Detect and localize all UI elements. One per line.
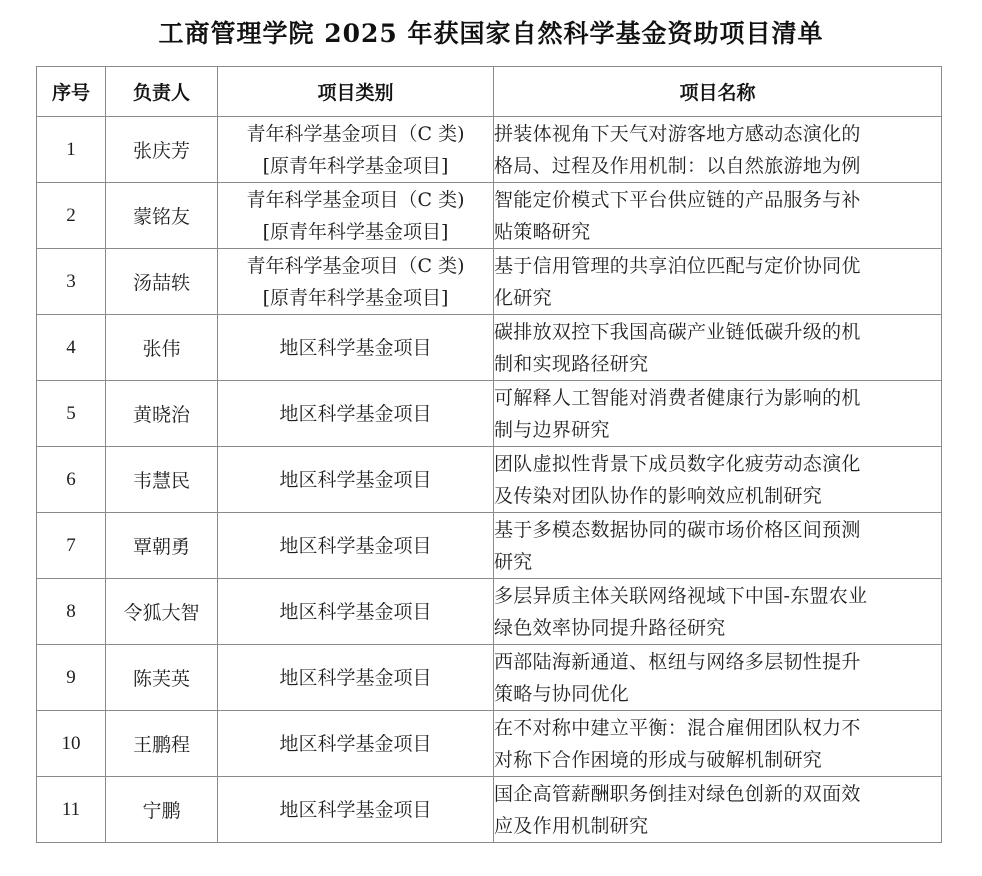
cell-no: 10 <box>37 711 106 777</box>
cell-leader: 陈芙英 <box>106 645 218 711</box>
cell-title: 基于信用管理的共享泊位匹配与定价协同优化研究 <box>494 249 942 315</box>
title-line: 基于信用管理的共享泊位匹配与定价协同优 <box>494 250 941 282</box>
cell-no: 3 <box>37 249 106 315</box>
table-row: 3 汤喆轶 青年科学基金项目（C 类)[原青年科学基金项目] 基于信用管理的共享… <box>37 249 942 315</box>
table-row: 10 王鹏程 地区科学基金项目 在不对称中建立平衡：混合雇佣团队权力不对称下合作… <box>37 711 942 777</box>
title-line: 贴策略研究 <box>494 216 941 248</box>
cell-leader: 令狐大智 <box>106 579 218 645</box>
category-line: [原青年科学基金项目] <box>218 150 493 182</box>
cell-no: 7 <box>37 513 106 579</box>
title-line: 可解释人工智能对消费者健康行为影响的机 <box>494 382 941 414</box>
cell-title: 西部陆海新通道、枢纽与网络多层韧性提升策略与协同优化 <box>494 645 942 711</box>
cell-category: 地区科学基金项目 <box>218 645 494 711</box>
cell-category: 地区科学基金项目 <box>218 579 494 645</box>
cell-no: 4 <box>37 315 106 381</box>
category-line: 青年科学基金项目（C 类) <box>218 250 493 282</box>
project-list-table: 序号 负责人 项目类别 项目名称 1 张庆芳 青年科学基金项目（C 类)[原青年… <box>36 66 942 843</box>
header-title: 项目名称 <box>494 67 942 117</box>
cell-title: 智能定价模式下平台供应链的产品服务与补贴策略研究 <box>494 183 942 249</box>
table-body: 1 张庆芳 青年科学基金项目（C 类)[原青年科学基金项目] 拼装体视角下天气对… <box>37 117 942 843</box>
cell-category: 地区科学基金项目 <box>218 513 494 579</box>
title-line: 策略与协同优化 <box>494 678 941 710</box>
cell-category: 青年科学基金项目（C 类)[原青年科学基金项目] <box>218 249 494 315</box>
title-line: 制与边界研究 <box>494 414 941 446</box>
category-line: [原青年科学基金项目] <box>218 282 493 314</box>
cell-title: 基于多模态数据协同的碳市场价格区间预测研究 <box>494 513 942 579</box>
title-line: 基于多模态数据协同的碳市场价格区间预测 <box>494 514 941 546</box>
table-row: 7 覃朝勇 地区科学基金项目 基于多模态数据协同的碳市场价格区间预测研究 <box>37 513 942 579</box>
title-line: 格局、过程及作用机制：以自然旅游地为例 <box>494 150 941 182</box>
cell-no: 8 <box>37 579 106 645</box>
table-header-row: 序号 负责人 项目类别 项目名称 <box>37 67 942 117</box>
category-line: [原青年科学基金项目] <box>218 216 493 248</box>
title-line: 应及作用机制研究 <box>494 810 941 842</box>
title-line: 团队虚拟性背景下成员数字化疲劳动态演化 <box>494 448 941 480</box>
title-line: 在不对称中建立平衡：混合雇佣团队权力不 <box>494 712 941 744</box>
cell-leader: 韦慧民 <box>106 447 218 513</box>
cell-title: 碳排放双控下我国高碳产业链低碳升级的机制和实现路径研究 <box>494 315 942 381</box>
cell-title: 拼装体视角下天气对游客地方感动态演化的格局、过程及作用机制：以自然旅游地为例 <box>494 117 942 183</box>
cell-leader: 宁鹏 <box>106 777 218 843</box>
cell-no: 11 <box>37 777 106 843</box>
cell-category: 地区科学基金项目 <box>218 315 494 381</box>
table-row: 9 陈芙英 地区科学基金项目 西部陆海新通道、枢纽与网络多层韧性提升策略与协同优… <box>37 645 942 711</box>
table-row: 8 令狐大智 地区科学基金项目 多层异质主体关联网络视域下中国-东盟农业绿色效率… <box>37 579 942 645</box>
table-row: 5 黄晓治 地区科学基金项目 可解释人工智能对消费者健康行为影响的机制与边界研究 <box>37 381 942 447</box>
cell-category: 地区科学基金项目 <box>218 447 494 513</box>
title-line: 对称下合作困境的形成与破解机制研究 <box>494 744 941 776</box>
cell-leader: 汤喆轶 <box>106 249 218 315</box>
header-no: 序号 <box>37 67 106 117</box>
cell-leader: 张庆芳 <box>106 117 218 183</box>
cell-no: 6 <box>37 447 106 513</box>
cell-no: 1 <box>37 117 106 183</box>
title-line: 制和实现路径研究 <box>494 348 941 380</box>
table-row: 6 韦慧民 地区科学基金项目 团队虚拟性背景下成员数字化疲劳动态演化及传染对团队… <box>37 447 942 513</box>
category-line: 青年科学基金项目（C 类) <box>218 118 493 150</box>
title-line: 及传染对团队协作的影响效应机制研究 <box>494 480 941 512</box>
title-line: 研究 <box>494 546 941 578</box>
cell-leader: 蒙铭友 <box>106 183 218 249</box>
cell-category: 地区科学基金项目 <box>218 381 494 447</box>
table-row: 11 宁鹏 地区科学基金项目 国企高管薪酬职务倒挂对绿色创新的双面效应及作用机制… <box>37 777 942 843</box>
category-line: 青年科学基金项目（C 类) <box>218 184 493 216</box>
cell-title: 可解释人工智能对消费者健康行为影响的机制与边界研究 <box>494 381 942 447</box>
table-row: 4 张伟 地区科学基金项目 碳排放双控下我国高碳产业链低碳升级的机制和实现路径研… <box>37 315 942 381</box>
cell-leader: 黄晓治 <box>106 381 218 447</box>
cell-no: 9 <box>37 645 106 711</box>
cell-category: 地区科学基金项目 <box>218 777 494 843</box>
title-line: 拼装体视角下天气对游客地方感动态演化的 <box>494 118 941 150</box>
cell-title: 团队虚拟性背景下成员数字化疲劳动态演化及传染对团队协作的影响效应机制研究 <box>494 447 942 513</box>
title-line: 西部陆海新通道、枢纽与网络多层韧性提升 <box>494 646 941 678</box>
title-line: 多层异质主体关联网络视域下中国-东盟农业 <box>494 580 941 612</box>
cell-no: 2 <box>37 183 106 249</box>
cell-category: 青年科学基金项目（C 类)[原青年科学基金项目] <box>218 183 494 249</box>
cell-leader: 王鹏程 <box>106 711 218 777</box>
title-line: 化研究 <box>494 282 941 314</box>
cell-no: 5 <box>37 381 106 447</box>
cell-title: 多层异质主体关联网络视域下中国-东盟农业绿色效率协同提升路径研究 <box>494 579 942 645</box>
cell-title: 在不对称中建立平衡：混合雇佣团队权力不对称下合作困境的形成与破解机制研究 <box>494 711 942 777</box>
header-category: 项目类别 <box>218 67 494 117</box>
cell-title: 国企高管薪酬职务倒挂对绿色创新的双面效应及作用机制研究 <box>494 777 942 843</box>
title-line: 绿色效率协同提升路径研究 <box>494 612 941 644</box>
table-row: 1 张庆芳 青年科学基金项目（C 类)[原青年科学基金项目] 拼装体视角下天气对… <box>37 117 942 183</box>
document-title: 工商管理学院 2025 年获国家自然科学基金资助项目清单 <box>0 14 982 50</box>
cell-leader: 覃朝勇 <box>106 513 218 579</box>
title-line: 碳排放双控下我国高碳产业链低碳升级的机 <box>494 316 941 348</box>
title-line: 智能定价模式下平台供应链的产品服务与补 <box>494 184 941 216</box>
table-row: 2 蒙铭友 青年科学基金项目（C 类)[原青年科学基金项目] 智能定价模式下平台… <box>37 183 942 249</box>
header-leader: 负责人 <box>106 67 218 117</box>
cell-category: 地区科学基金项目 <box>218 711 494 777</box>
cell-category: 青年科学基金项目（C 类)[原青年科学基金项目] <box>218 117 494 183</box>
cell-leader: 张伟 <box>106 315 218 381</box>
title-line: 国企高管薪酬职务倒挂对绿色创新的双面效 <box>494 778 941 810</box>
